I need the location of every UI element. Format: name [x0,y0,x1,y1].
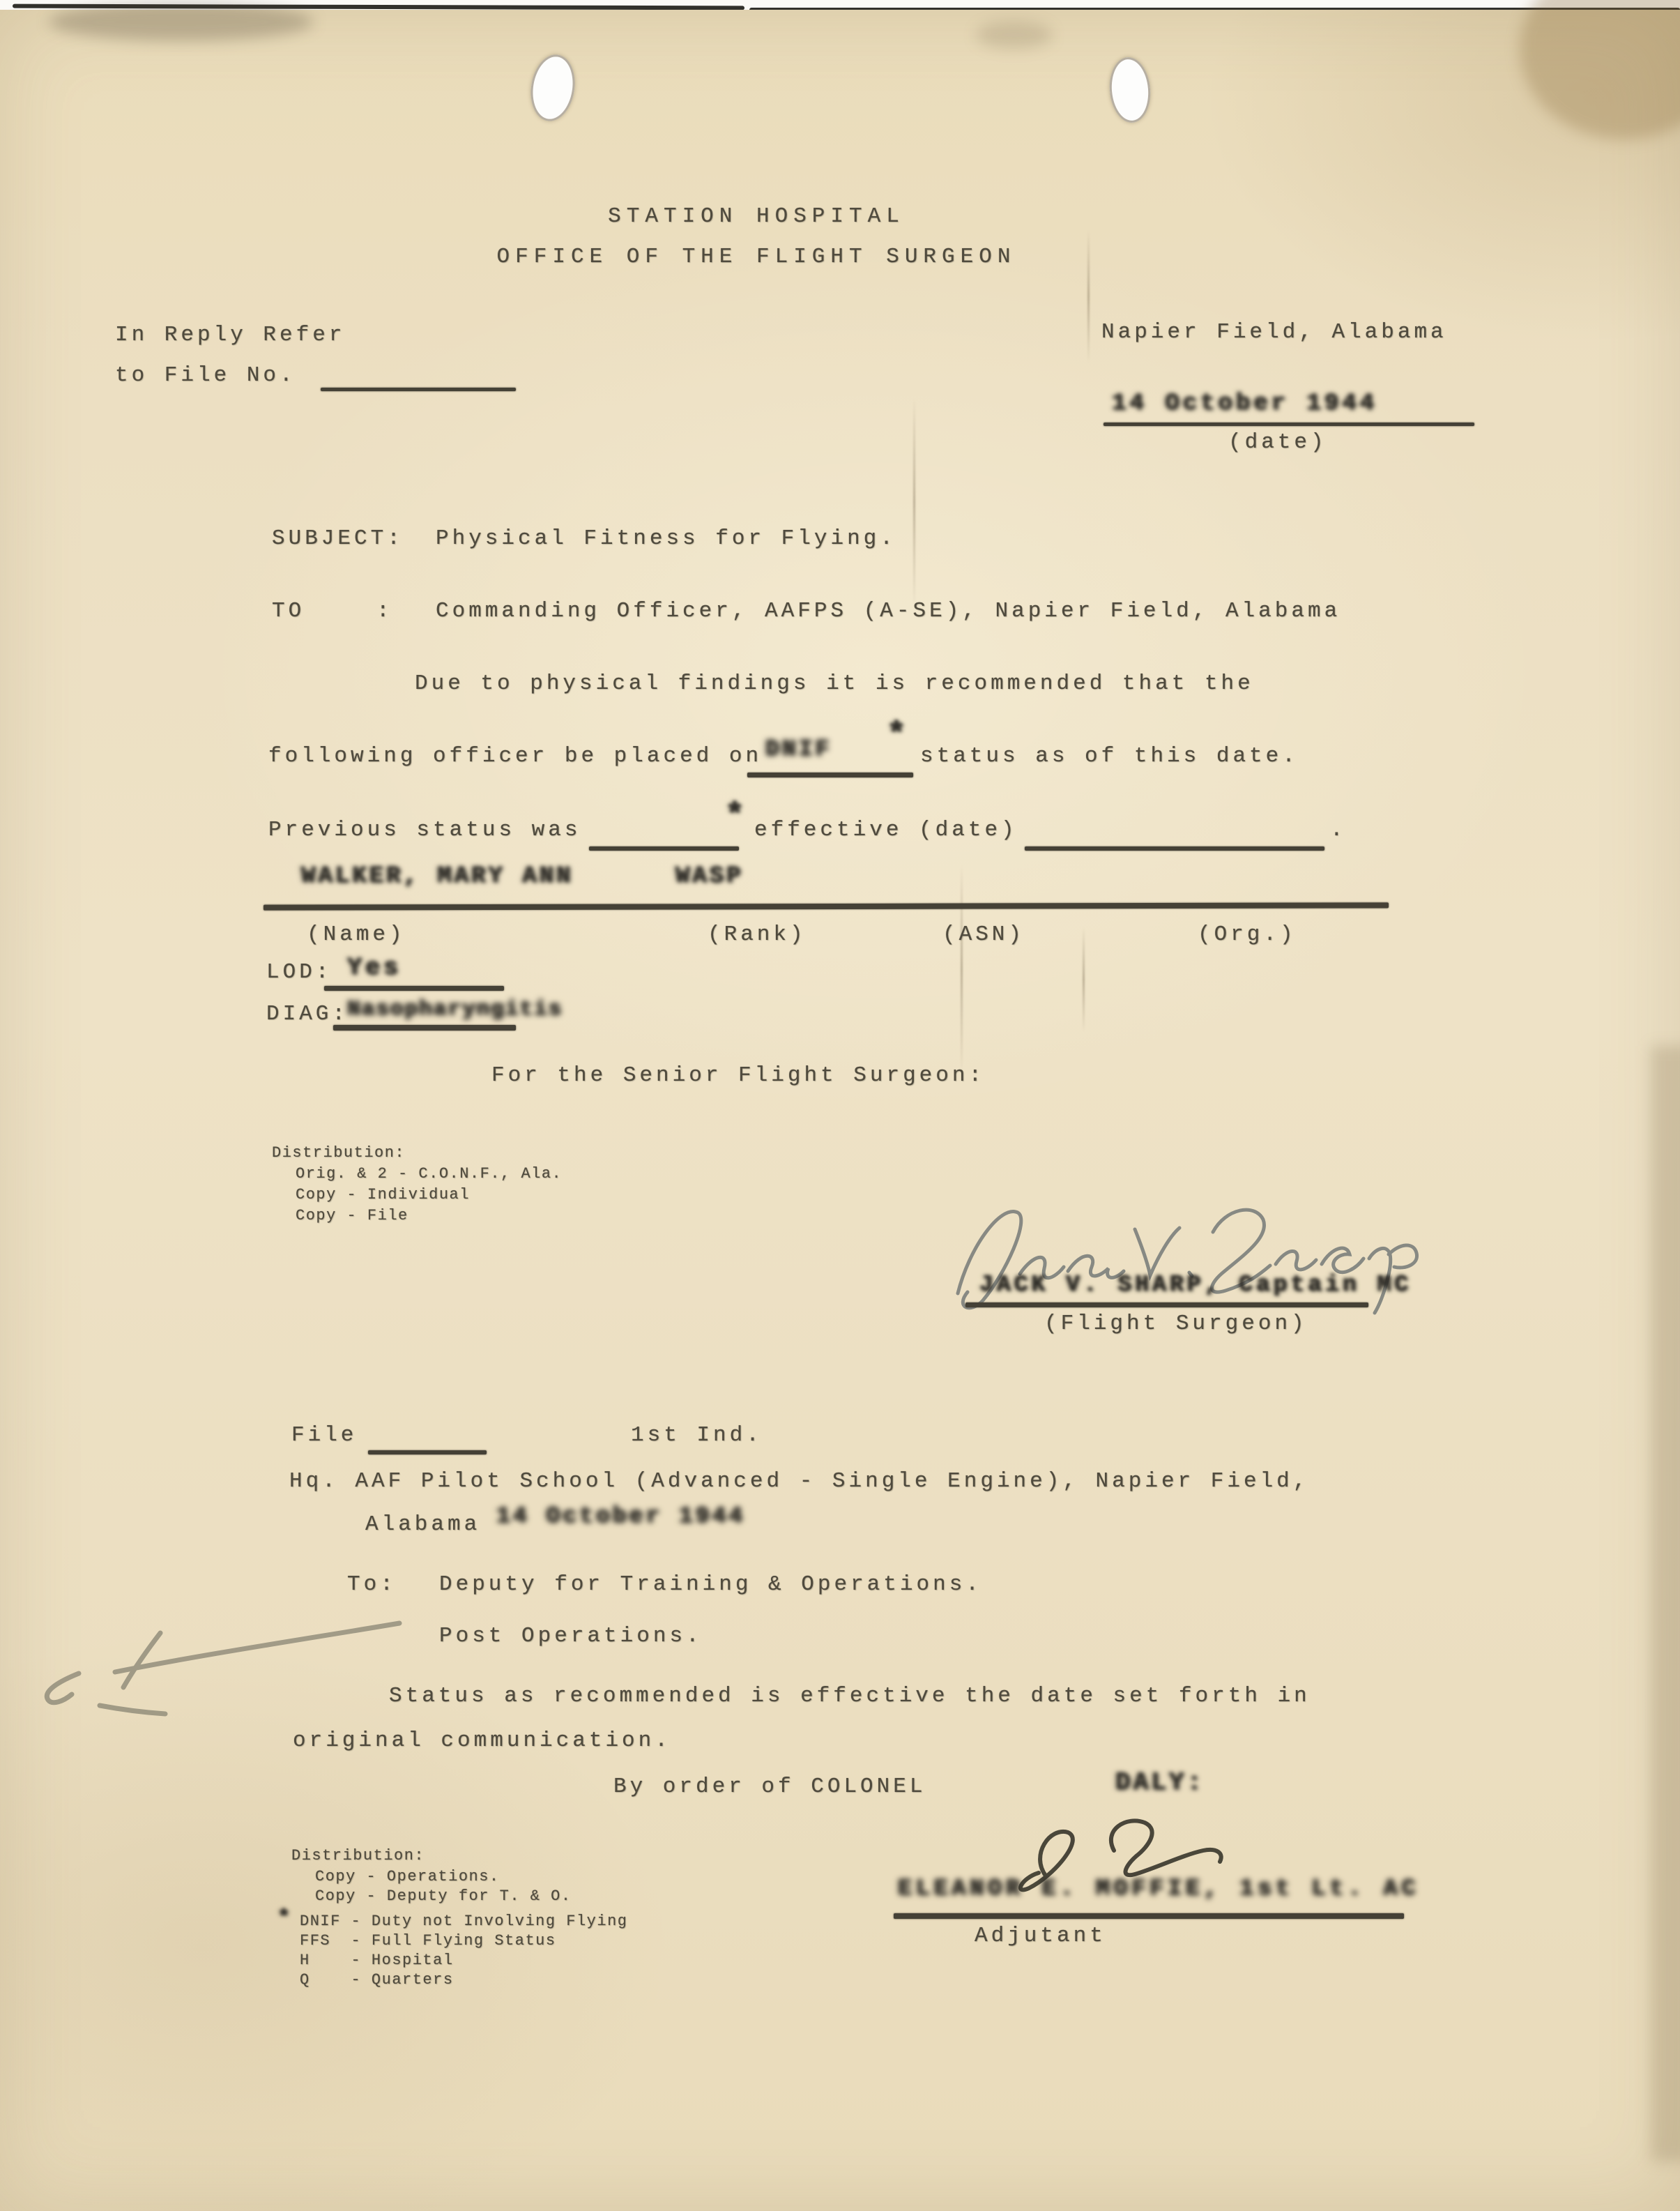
handwritten-signature-jack-sharp [948,1189,1457,1318]
distribution-line: Copy - Operations. [315,1867,500,1887]
distribution-line: Copy - File [296,1206,408,1226]
asterisk-mark: * [725,798,744,834]
lod-underline [324,986,504,991]
by-order-line: By order of COLONEL [613,1774,926,1800]
body-line-1: Due to physical findings it is recommend… [415,671,1254,697]
subject-label: SUBJECT: [272,526,404,552]
body-line-2-pre: following officer be placed on [268,743,762,769]
previous-status-pre: Previous status was [268,817,581,843]
diag-label: DIAG: [266,1001,349,1027]
date-label: (date) [1228,430,1327,455]
legend-line-dnif: DNIF - Duty not Involving Flying [300,1912,627,1931]
distribution-line: Copy - Individual [296,1185,470,1205]
to-colon: : [376,598,393,624]
closing-line: For the Senior Flight Surgeon: [491,1063,985,1088]
endorsement-file-label: File [291,1422,357,1448]
paper-stain [49,3,314,41]
colonel-name-stamp: DALY: [1115,1768,1205,1797]
adjutant-underline [894,1913,1404,1919]
paper-crease [913,397,915,607]
to-value: Commanding Officer, AAFPS (A-SE), Napier… [436,598,1341,624]
endorsement-date-stamp: 14 October 1944 [496,1503,745,1529]
legend-asterisk-mark: * [277,1906,290,1930]
legend-line-h: H - Hospital [300,1951,454,1970]
endorsement-file-blank [368,1450,487,1454]
letterhead-line-1: STATION HOSPITAL [0,204,1513,229]
endorsement-to-line-2: Post Operations. [439,1623,703,1649]
field-label-org: (Org.) [1198,922,1297,948]
endorsement-hq-line-2: Alabama [365,1512,480,1537]
previous-status-period: . [1330,817,1347,843]
endorsement-hq-line: Hq. AAF Pilot School (Advanced - Single … [289,1468,1309,1494]
date-stamp: 14 October 1944 [1112,390,1377,417]
endorsement-body-line-1: Status as recommended is effective the d… [389,1683,1311,1709]
signature-underline [965,1302,1368,1307]
reply-refer-line-1: In Reply Refer [115,322,345,348]
diag-value-stamp: Nasopharyngitis [347,997,563,1021]
distribution-title: Distribution: [291,1846,425,1866]
paper-edge-shadow [1651,1046,1680,2161]
legend-line-ffs: FFS - Full Flying Status [300,1931,556,1951]
previous-date-blank [1025,846,1324,851]
lod-label: LOD: [266,959,332,985]
previous-status-blank [589,846,739,851]
distribution-title: Distribution: [272,1144,405,1163]
lod-value-stamp: Yes [347,954,402,982]
distribution-line: Orig. & 2 - C.O.N.F., Ala. [296,1164,562,1184]
paper-crease [961,865,963,1074]
endorsement-ind-label: 1st Ind. [631,1422,763,1448]
endorsement-body-line-2: original communication. [293,1728,671,1754]
reply-refer-line-2: to File No. [115,363,296,388]
file-no-blank-underline [321,388,516,391]
distribution-line: Copy - Deputy for T. & O. [315,1887,572,1906]
date-underline [1104,423,1474,426]
dnif-blank-underline [747,773,913,777]
field-label-name: (Name) [307,922,406,948]
paper-stain [976,21,1053,49]
dnif-status-stamp: DNIF [765,736,832,762]
field-label-asn: (ASN) [942,922,1025,948]
body-line-2-post: status as of this date. [920,743,1299,769]
pencil-arrow-mark [17,1590,429,1729]
adjutant-name-stamp: ELEANOR E. MOFFIE, 1st Lt. AC [898,1876,1419,1901]
field-label-rank: (Rank) [708,922,807,948]
endorsement-to-line-1: Deputy for Training & Operations. [439,1572,982,1597]
legend-line-q: Q - Quarters [300,1970,454,1990]
previous-status-mid: effective (date) [754,817,1018,843]
asterisk-mark: * [887,717,906,753]
signature-title: (Flight Surgeon) [1044,1311,1308,1337]
signature-name-stamp: JACK V. SHARP, Captain MC [979,1272,1412,1298]
to-label: TO [272,598,305,624]
adjutant-title: Adjutant [975,1923,1106,1949]
location-line: Napier Field, Alabama [1101,319,1447,345]
letterhead-line-2: OFFICE OF THE FLIGHT SURGEON [0,244,1513,270]
diag-underline [333,1025,516,1031]
officer-name-stamp: WALKER, MARY ANN WASP [301,863,744,890]
subject-value: Physical Fitness for Flying. [436,526,896,552]
scanned-document: STATION HOSPITAL OFFICE OF THE FLIGHT SU… [0,0,1680,2211]
paper-crease [1083,927,1085,1032]
